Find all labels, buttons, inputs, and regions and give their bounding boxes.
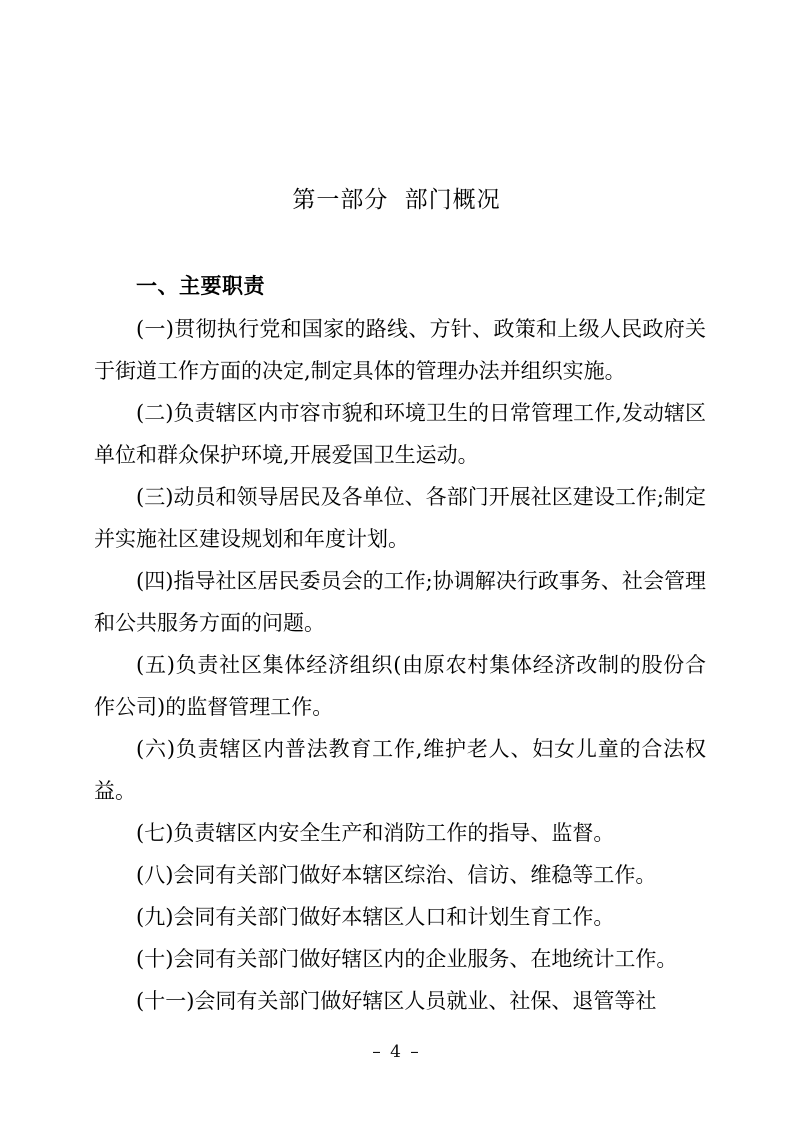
section-heading: 一、主要职责 <box>94 271 706 301</box>
paragraph: (九)会同有关部门做好本辖区人口和计划生育工作。 <box>94 896 706 938</box>
page-footer: – 4 – <box>0 1042 793 1062</box>
paragraph: (十)会同有关部门做好辖区内的企业服务、在地统计工作。 <box>94 938 706 980</box>
paragraph: (三)动员和领导居民及各单位、各部门开展社区建设工作;制定并实施社区建设规划和年… <box>94 476 706 560</box>
paragraph: (十一)会同有关部门做好辖区人员就业、社保、退管等社 <box>94 980 706 1022</box>
paragraph: (一)贯彻执行党和国家的路线、方针、政策和上级人民政府关于街道工作方面的决定,制… <box>94 308 706 392</box>
paragraph: (五)负责社区集体经济组织(由原农村集体经济改制的股份合作公司)的监督管理工作。 <box>94 644 706 728</box>
paragraph: (八)会同有关部门做好本辖区综治、信访、维稳等工作。 <box>94 854 706 896</box>
responsibilities-list: (一)贯彻执行党和国家的路线、方针、政策和上级人民政府关于街道工作方面的决定,制… <box>94 308 706 1022</box>
document-title: 第一部分 部门概况 <box>0 184 793 216</box>
paragraph: (六)负责辖区内普法教育工作,维护老人、妇女儿童的合法权益。 <box>94 728 706 812</box>
paragraph: (二)负责辖区内市容市貌和环境卫生的日常管理工作,发动辖区单位和群众保护环境,开… <box>94 392 706 476</box>
page-number: – 4 – <box>372 1042 421 1062</box>
paragraph: (四)指导社区居民委员会的工作;协调解决行政事务、社会管理和公共服务方面的问题。 <box>94 560 706 644</box>
paragraph: (七)负责辖区内安全生产和消防工作的指导、监督。 <box>94 812 706 854</box>
document-page: 第一部分 部门概况 一、主要职责 (一)贯彻执行党和国家的路线、方针、政策和上级… <box>0 0 793 1122</box>
